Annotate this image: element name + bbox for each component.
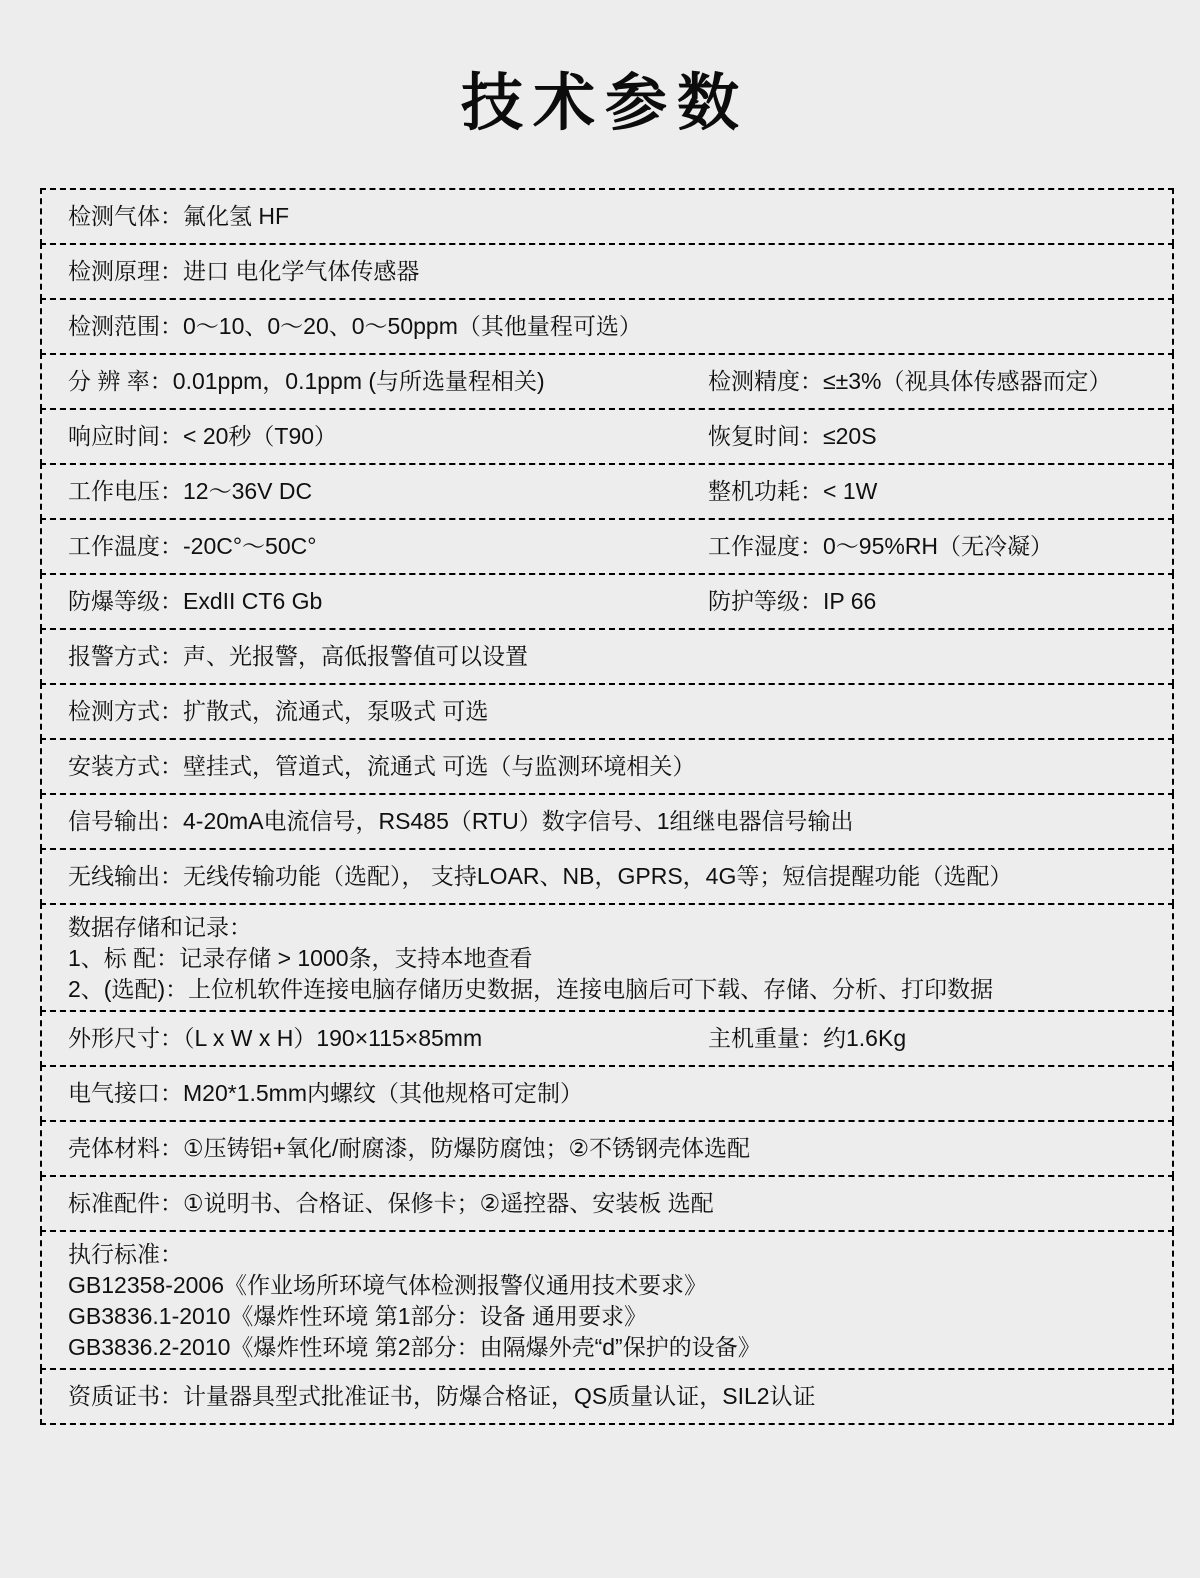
spec-cell-right: 恢复时间：≤20S [708,422,1146,452]
spec-cell-right: 防护等级：IP 66 [708,587,1146,617]
spec-row: 检测范围：0～10、0～20、0～50ppm（其他量程可选） [40,298,1174,355]
spec-cell-left: 外形尺寸：（L x W x H）190×115×85mm [68,1024,708,1054]
spec-row: 外形尺寸：（L x W x H）190×115×85mm主机重量：约1.6Kg [40,1010,1174,1067]
spec-line: 信号输出：4-20mA电流信号，RS485（RTU）数字信号、1组继电器信号输出 [68,807,854,837]
spec-line: 检测原理：进口 电化学气体传感器 [68,257,419,287]
spec-cell-right: 工作湿度：0～95%RH（无冷凝） [708,532,1146,562]
spec-row: 报警方式：声、光报警，高低报警值可以设置 [40,628,1174,685]
spec-line: GB3836.2-2010《爆炸性环境 第2部分：由隔爆外壳“d”保护的设备》 [68,1332,1146,1363]
spec-line: 检测范围：0～10、0～20、0～50ppm（其他量程可选） [68,312,642,342]
spec-row: 响应时间：< 20秒（T90）恢复时间：≤20S [40,408,1174,465]
spec-line: 报警方式：声、光报警，高低报警值可以设置 [68,642,528,672]
spec-row: 数据存储和记录：1、标 配：记录存储 > 1000条，支持本地查看2、(选配)：… [40,903,1174,1012]
spec-row: 工作电压：12～36V DC整机功耗：< 1W [40,463,1174,520]
spec-line: 标准配件：①说明书、合格证、保修卡；②遥控器、安装板 选配 [68,1189,714,1219]
spec-row: 执行标准：GB12358-2006《作业场所环境气体检测报警仪通用技术要求》GB… [40,1230,1174,1370]
spec-cell-right: 整机功耗：< 1W [708,477,1146,507]
spec-line: 数据存储和记录： [68,912,1146,943]
spec-row: 安装方式：壁挂式，管道式，流通式 可选（与监测环境相关） [40,738,1174,795]
spec-row: 壳体材料：①压铸铝+氧化/耐腐漆，防爆防腐蚀；②不锈钢壳体选配 [40,1120,1174,1177]
spec-row: 检测方式：扩散式，流通式，泵吸式 可选 [40,683,1174,740]
spec-line: 1、标 配：记录存储 > 1000条，支持本地查看 [68,943,1146,974]
spec-row: 防爆等级：ExdII CT6 Gb防护等级：IP 66 [40,573,1174,630]
spec-line: 检测气体：氟化氢 HF [68,202,289,232]
spec-cell-left: 工作电压：12～36V DC [68,477,708,507]
spec-cell-right: 检测精度：≤±3%（视具体传感器而定） [708,367,1146,397]
spec-cell-right: 主机重量：约1.6Kg [708,1024,1146,1054]
spec-cell-left: 防爆等级：ExdII CT6 Gb [68,587,708,617]
spec-cell-left: 响应时间：< 20秒（T90） [68,422,708,452]
spec-row: 资质证书：计量器具型式批准证书，防爆合格证，QS质量认证，SIL2认证 [40,1368,1174,1425]
spec-sheet-page: 技术参数 检测气体：氟化氢 HF检测原理：进口 电化学气体传感器检测范围：0～1… [0,0,1200,138]
spec-line: 检测方式：扩散式，流通式，泵吸式 可选 [68,697,488,727]
spec-cell-left: 工作温度：-20C°～50C° [68,532,708,562]
page-title: 技术参数 [0,0,1200,138]
spec-table: 检测气体：氟化氢 HF检测原理：进口 电化学气体传感器检测范围：0～10、0～2… [40,188,1174,1425]
spec-cell-left: 分 辨 率：0.01ppm，0.1ppm (与所选量程相关) [68,367,708,397]
spec-line: 壳体材料：①压铸铝+氧化/耐腐漆，防爆防腐蚀；②不锈钢壳体选配 [68,1134,750,1164]
spec-row: 无线输出：无线传输功能（选配）， 支持LOAR、NB，GPRS，4G等；短信提醒… [40,848,1174,905]
spec-row: 检测原理：进口 电化学气体传感器 [40,243,1174,300]
spec-row: 电气接口：M20*1.5mm内螺纹（其他规格可定制） [40,1065,1174,1122]
spec-line: 资质证书：计量器具型式批准证书，防爆合格证，QS质量认证，SIL2认证 [68,1382,816,1412]
spec-row: 工作温度：-20C°～50C°工作湿度：0～95%RH（无冷凝） [40,518,1174,575]
spec-line: 执行标准： [68,1239,1146,1270]
spec-line: GB12358-2006《作业场所环境气体检测报警仪通用技术要求》 [68,1270,1146,1301]
spec-line: 安装方式：壁挂式，管道式，流通式 可选（与监测环境相关） [68,752,695,782]
spec-line: 无线输出：无线传输功能（选配）， 支持LOAR、NB，GPRS，4G等；短信提醒… [68,862,1012,892]
spec-row: 分 辨 率：0.01ppm，0.1ppm (与所选量程相关)检测精度：≤±3%（… [40,353,1174,410]
spec-line: GB3836.1-2010《爆炸性环境 第1部分：设备 通用要求》 [68,1301,1146,1332]
spec-row: 信号输出：4-20mA电流信号，RS485（RTU）数字信号、1组继电器信号输出 [40,793,1174,850]
spec-row: 标准配件：①说明书、合格证、保修卡；②遥控器、安装板 选配 [40,1175,1174,1232]
spec-line: 电气接口：M20*1.5mm内螺纹（其他规格可定制） [68,1079,583,1109]
spec-line: 2、(选配)：上位机软件连接电脑存储历史数据，连接电脑后可下载、存储、分析、打印… [68,974,1146,1005]
spec-row: 检测气体：氟化氢 HF [40,188,1174,245]
